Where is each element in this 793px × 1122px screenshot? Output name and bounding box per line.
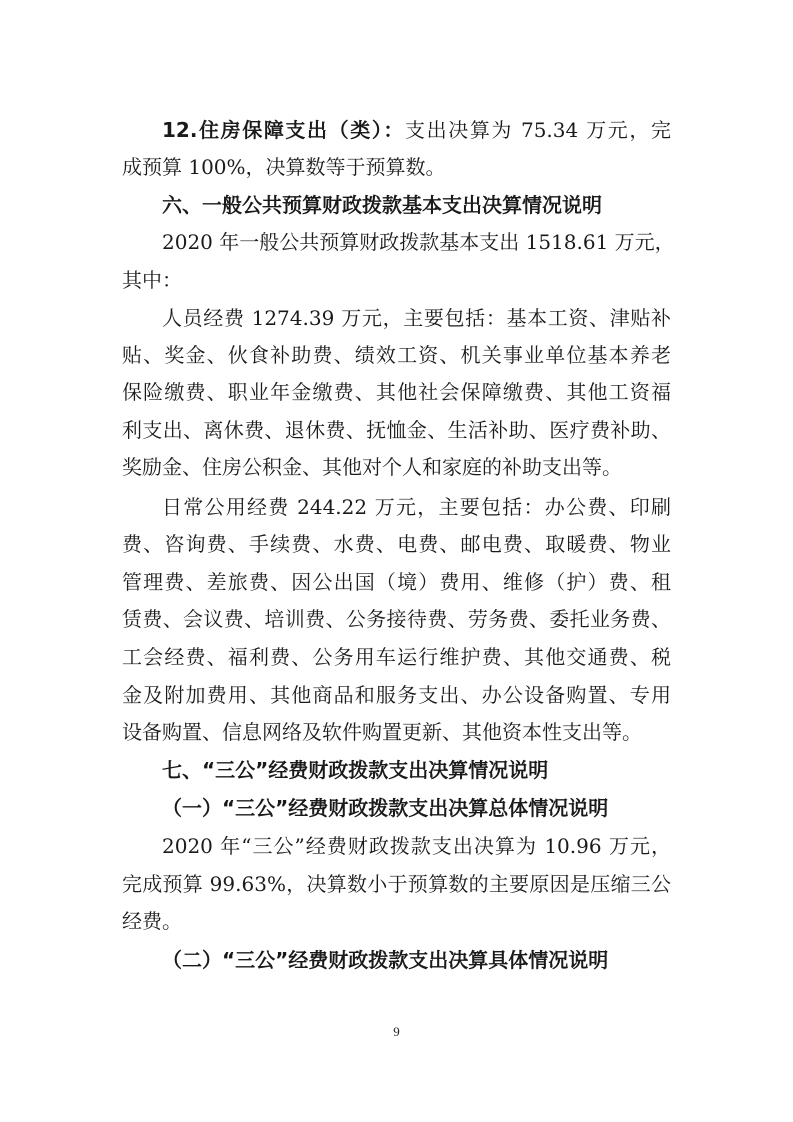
- item12-line1: 12.住房保障支出（类）：支出决算为 75.34 万元，完: [162, 115, 671, 145]
- personnel-line: 利支出、离休费、退休费、抚恤金、生活补助、医疗费补助、: [122, 415, 671, 445]
- section7-heading: 七、“三公”经费财政拨款支出决算情况说明: [162, 755, 548, 785]
- public-use-line: 设备购置、信息网络及软件购置更新、其他资本性支出等。: [122, 717, 642, 747]
- sub1-line: 经费。: [122, 906, 182, 936]
- section6-intro-line1: 2020 年一般公共预算财政拨款基本支出 1518.61 万元，: [162, 227, 671, 257]
- personnel-line: 贴、奖金、伙食补助费、绩效工资、机关事业单位基本养老: [122, 340, 671, 370]
- sub1-line: 2020 年“三公”经费财政拨款支出决算为 10.96 万元，: [162, 831, 671, 861]
- sub1-line: 完成预算 99.63%，决算数小于预算数的主要原因是压缩三公: [122, 869, 671, 899]
- item12-line2: 成预算 100%，决算数等于预算数。: [122, 152, 446, 182]
- personnel-line: 保险缴费、职业年金缴费、其他社会保障缴费、其他工资福: [122, 377, 671, 407]
- personnel-line: 奖励金、住房公积金、其他对个人和家庭的补助支出等。: [122, 452, 622, 482]
- section6-heading: 六、一般公共预算财政拨款基本支出决算情况说明: [162, 190, 602, 220]
- item12-text: 支出决算为 75.34 万元，完: [405, 118, 671, 142]
- section7-sub1-heading: （一）“三公”经费财政拨款支出决算总体情况说明: [162, 793, 608, 823]
- section6-intro-line2: 其中：: [122, 265, 182, 295]
- public-use-line: 费、咨询费、手续费、水费、电费、邮电费、取暖费、物业: [122, 529, 671, 559]
- item12-title: 12.住房保障支出（类）：: [162, 118, 405, 142]
- personnel-line: 人员经费 1274.39 万元，主要包括：基本工资、津贴补: [162, 303, 671, 333]
- page-number: 9: [0, 1024, 793, 1040]
- section7-sub2-heading: （二）“三公”经费财政拨款支出决算具体情况说明: [162, 945, 608, 975]
- public-use-line: 管理费、差旅费、因公出国（境）费用、维修（护）费、租: [122, 567, 671, 597]
- public-use-line: 日常公用经费 244.22 万元，主要包括：办公费、印刷: [162, 492, 671, 522]
- public-use-line: 工会经费、福利费、公务用车运行维护费、其他交通费、税: [122, 642, 671, 672]
- public-use-line: 赁费、会议费、培训费、公务接待费、劳务费、委托业务费、: [122, 604, 671, 634]
- public-use-line: 金及附加费用、其他商品和服务支出、办公设备购置、专用: [122, 680, 671, 710]
